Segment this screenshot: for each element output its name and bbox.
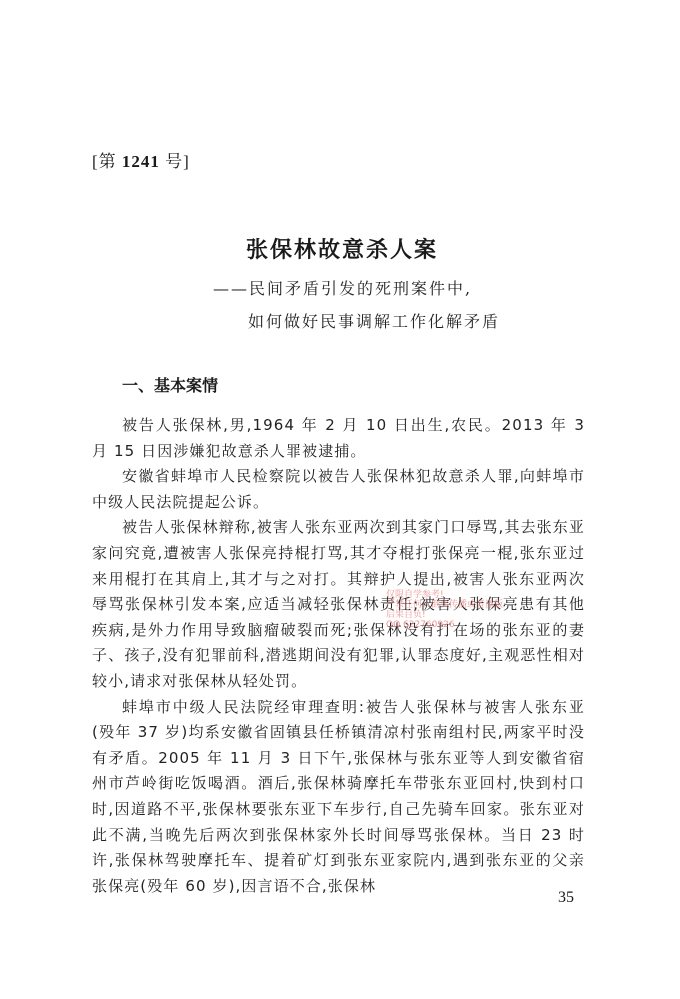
case-number: 1241 [122,152,160,171]
case-number-label: [第 1241 号] [92,147,190,172]
subtitle-line-1: ——民间矛盾引发的死刑案件中, [213,276,472,299]
paragraph: 被告人张保林辩称,被害人张东亚两次到其家门口辱骂,其去张东亚家问究竟,遭被害人张… [92,515,585,694]
case-number-prefix: [第 [92,152,117,171]
body-text: 被告人张保林,男,1964 年 2 月 10 日出生,农民。2013 年 3 月… [92,413,585,899]
document-title: 张保林故意杀人案 [0,233,680,264]
section-heading: 一、基本案情 [122,373,218,396]
paragraph: 安徽省蚌埠市人民检察院以被告人张保林犯故意杀人罪,向蚌埠市中级人民法院提起公诉。 [92,464,585,515]
paragraph: 蚌埠市中级人民法院经审理查明:被告人张保林与被害人张东亚(殁年 37 岁)均系安… [92,695,585,900]
subtitle-line-2: 如何做好民事调解工作化解矛盾 [248,309,500,332]
paragraph: 被告人张保林,男,1964 年 2 月 10 日出生,农民。2013 年 3 月… [92,413,585,464]
case-number-suffix: 号] [165,152,190,171]
page-number: 35 [558,889,574,907]
